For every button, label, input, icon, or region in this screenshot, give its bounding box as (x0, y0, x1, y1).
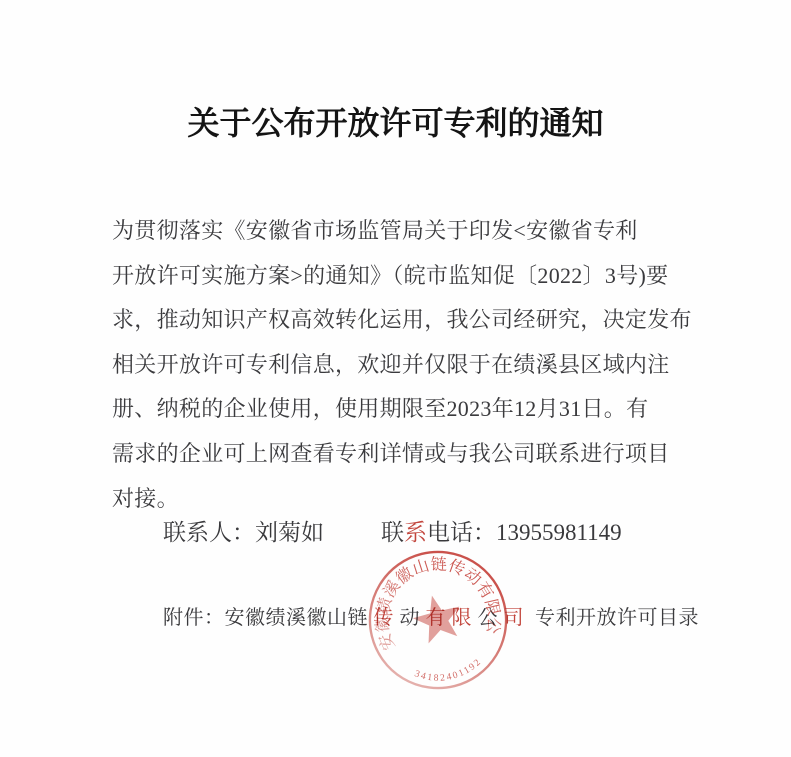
attachment-line: 附件：安徽绩溪徽山链 传 动 有 限 公 司 专利开放许可目录 (163, 602, 699, 634)
document-title: 关于公布开放许可专利的通知 (0, 101, 791, 145)
attachment-segment: 传 (374, 607, 395, 629)
contact-phone-segment: 系 (404, 520, 427, 545)
attachment-segment: 限 (452, 607, 473, 629)
body-line: 为贯彻落实《安徽省市场监管局关于印发<安徽省专利 (112, 209, 712, 254)
contact-phone-segment: 13955981149 (496, 520, 622, 545)
attachment-segment: 司 (504, 607, 525, 629)
body-line: 求，推动知识产权高效转化运用，我公司经研究，决定发布 (112, 298, 712, 343)
body-line: 需求的企业可上网查看专利详情或与我公司联系进行项目 (112, 432, 712, 477)
contact-person: 联系人：刘菊如 (163, 518, 324, 548)
body-paragraph: 为贯彻落实《安徽省市场监管局关于印发<安徽省专利 开放许可实施方案>的通知》（皖… (112, 209, 712, 521)
contact-line: 联系人：刘菊如联系电话：13955981149 (163, 518, 622, 548)
attachment-segment: 公 (478, 607, 499, 629)
attachment-segment: 有 (426, 607, 447, 629)
body-line: 对接。 (112, 477, 712, 522)
attachment-segment: 动 (400, 607, 421, 629)
contact-phone-segment: 电话： (427, 520, 496, 545)
body-line: 册、纳税的企业使用，使用期限至2023年12月31日。有 (112, 387, 712, 432)
body-line: 开放许可实施方案>的通知》（皖市监知促〔2022〕3号)要 (112, 254, 712, 299)
notice-document: 关于公布开放许可专利的通知 为贯彻落实《安徽省市场监管局关于印发<安徽省专利 开… (0, 0, 791, 757)
attachment-segment: 专利开放许可目录 (530, 607, 700, 629)
contact-phone-segment: 联 (381, 520, 404, 545)
contact-phone: 联系电话：13955981149 (381, 520, 622, 545)
seal-number-arc: 34182401192 (411, 652, 487, 691)
body-line: 相关开放许可专利信息，欢迎并仅限于在绩溪县区域内注 (112, 343, 712, 388)
attachment-segment: 附件：安徽绩溪徽山链 (163, 607, 368, 629)
